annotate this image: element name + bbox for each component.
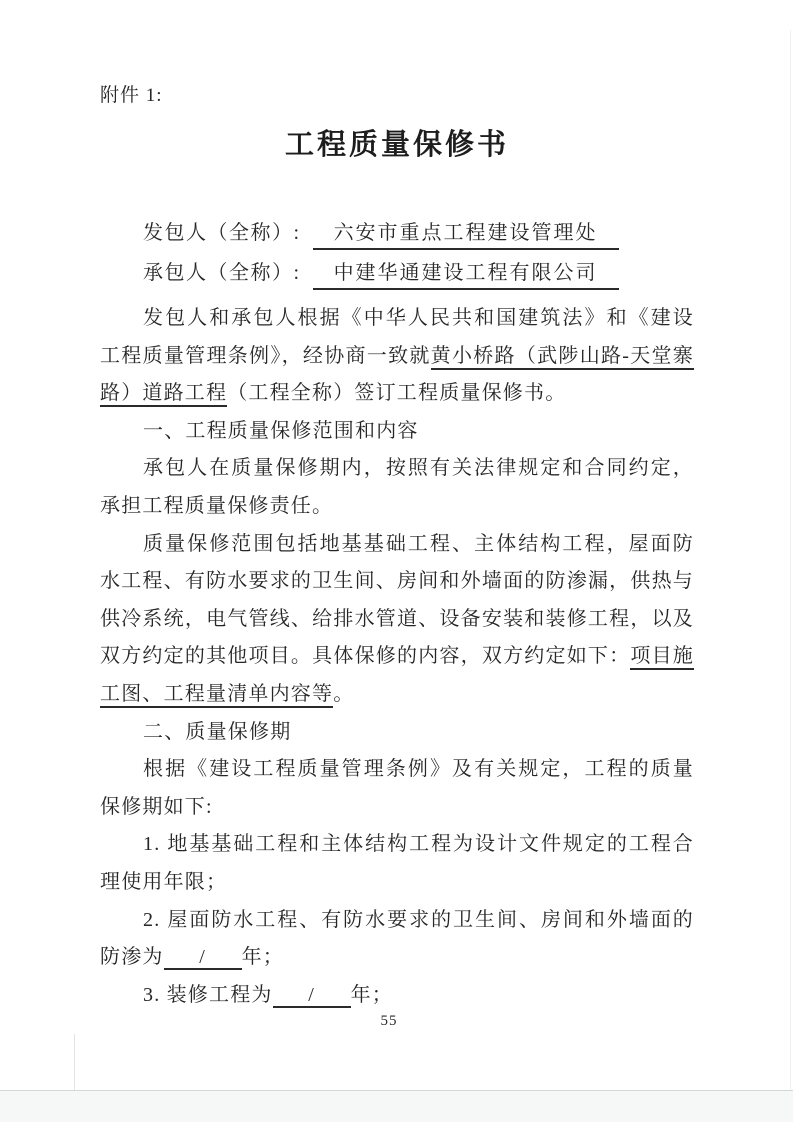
intro-paragraph: 发包人和承包人根据《中华人民共和国建筑法》和《建设工程质量管理条例》，经协商一致… bbox=[100, 300, 694, 413]
scope-text: 质量保修范围包括地基基础工程、主体结构工程，屋面防水工程、有防水要求的卫生间、房… bbox=[100, 533, 694, 668]
body-paragraphs: 发包人和承包人根据《中华人民共和国建筑法》和《建设工程质量管理条例》，经协商一致… bbox=[100, 300, 694, 1014]
contractor-name: 中建华通建设工程有限公司 bbox=[334, 262, 598, 284]
list-item-3: 3. 装修工程为/年； bbox=[100, 977, 694, 1015]
list-item-2: 2. 屋面防水工程、有防水要求的卫生间、房间和外墙面的防渗为/年； bbox=[100, 902, 694, 977]
scan-edge-artifact-bottom-area bbox=[0, 1091, 793, 1122]
list-item-1: 1. 地基基础工程和主体结构工程为设计文件规定的工程合理使用年限； bbox=[100, 826, 694, 901]
section2-heading: 二、质量保修期 bbox=[100, 714, 694, 752]
employer-line: 发包人（全称）:六安市重点工程建设管理处 bbox=[100, 220, 694, 250]
item3-years-blank-field: / bbox=[273, 984, 351, 1008]
item3-text: 3. 装修工程为 bbox=[143, 984, 273, 1006]
document-content: 附件 1: 工程质量保修书 发包人（全称）:六安市重点工程建设管理处 承包人（全… bbox=[100, 84, 694, 1014]
employer-name-field: 六安市重点工程建设管理处 bbox=[313, 220, 619, 250]
item2-text-tail: 年； bbox=[242, 946, 284, 968]
item3-text-tail: 年； bbox=[351, 984, 393, 1006]
attachment-label: 附件 1: bbox=[100, 84, 694, 108]
scanned-document-page: 附件 1: 工程质量保修书 发包人（全称）:六安市重点工程建设管理处 承包人（全… bbox=[0, 0, 793, 1122]
scan-edge-artifact-left bbox=[74, 1034, 75, 1091]
contractor-name-field: 中建华通建设工程有限公司 bbox=[313, 260, 619, 290]
employer-label: 发包人（全称）: bbox=[143, 222, 301, 244]
parties-block: 发包人（全称）:六安市重点工程建设管理处 承包人（全称）:中建华通建设工程有限公… bbox=[100, 220, 694, 290]
item2-years-blank-field: / bbox=[164, 946, 242, 970]
section1-heading: 一、工程质量保修范围和内容 bbox=[100, 413, 694, 451]
scan-edge-artifact-right bbox=[790, 30, 791, 1090]
document-title: 工程质量保修书 bbox=[100, 126, 694, 164]
intro-text-2: （工程全称）签订工程质量保修书。 bbox=[227, 382, 566, 404]
contractor-line: 承包人（全称）:中建华通建设工程有限公司 bbox=[100, 260, 694, 290]
page-number: 55 bbox=[0, 1013, 778, 1030]
paragraph-warranty-period-intro: 根据《建设工程质量管理条例》及有关规定，工程的质量保修期如下: bbox=[100, 751, 694, 826]
paragraph-warranty-scope: 质量保修范围包括地基基础工程、主体结构工程，屋面防水工程、有防水要求的卫生间、房… bbox=[100, 526, 694, 714]
scope-text-tail: 。 bbox=[333, 683, 354, 705]
employer-name: 六安市重点工程建设管理处 bbox=[334, 222, 598, 244]
paragraph-warranty-duty: 承包人在质量保修期内，按照有关法律规定和合同约定，承担工程质量保修责任。 bbox=[100, 450, 694, 525]
contractor-label: 承包人（全称）: bbox=[143, 262, 301, 284]
